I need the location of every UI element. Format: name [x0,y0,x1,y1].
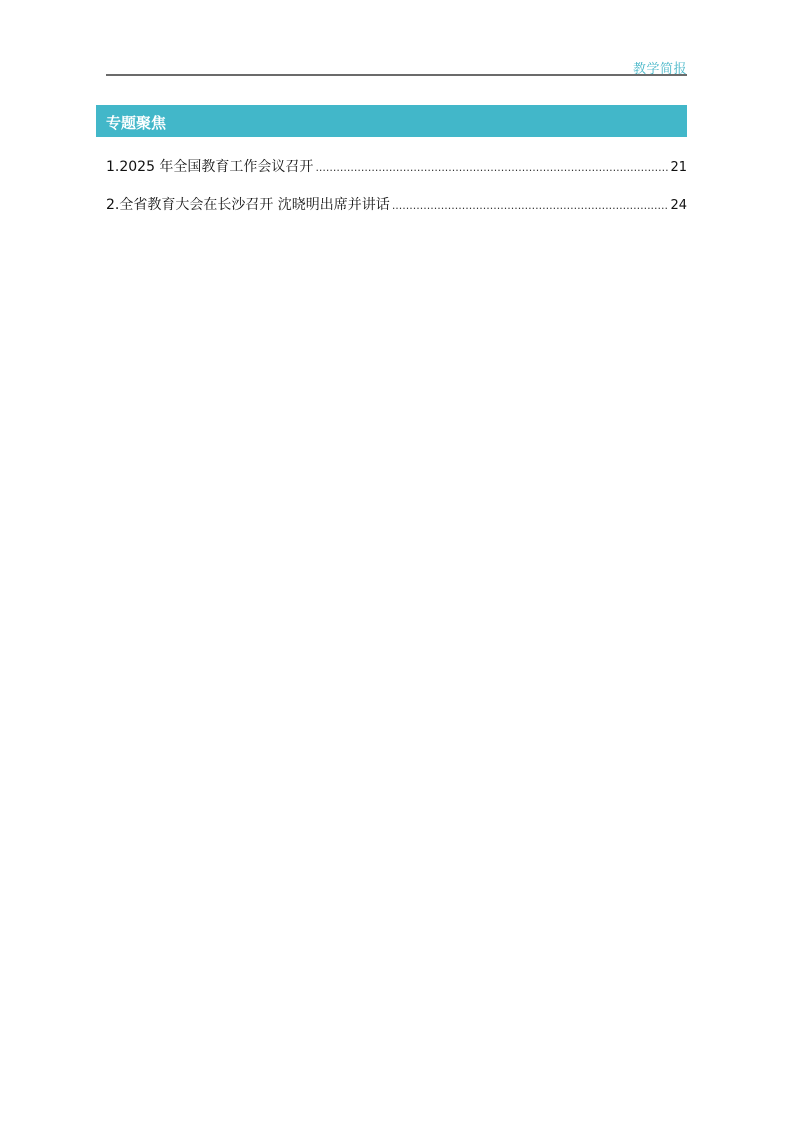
toc-page-number[interactable]: 24 [670,198,687,213]
header-divider [106,74,687,76]
toc-entry-label[interactable]: 2.全省教育大会在长沙召开 沈晓明出席并讲话 [106,194,390,214]
toc-dot-leader [392,199,669,212]
toc-entry-label[interactable]: 1.2025 年全国教育工作会议召开 [106,156,313,176]
section-title: 专题聚焦 [106,112,166,133]
toc-dot-leader [315,161,668,174]
toc-page-number[interactable]: 21 [670,160,687,175]
toc-entry[interactable]: 2.全省教育大会在长沙召开 沈晓明出席并讲话 24 [106,194,687,214]
toc-entry[interactable]: 1.2025 年全国教育工作会议召开 21 [106,156,687,176]
section-banner: 专题聚焦 [96,105,687,137]
